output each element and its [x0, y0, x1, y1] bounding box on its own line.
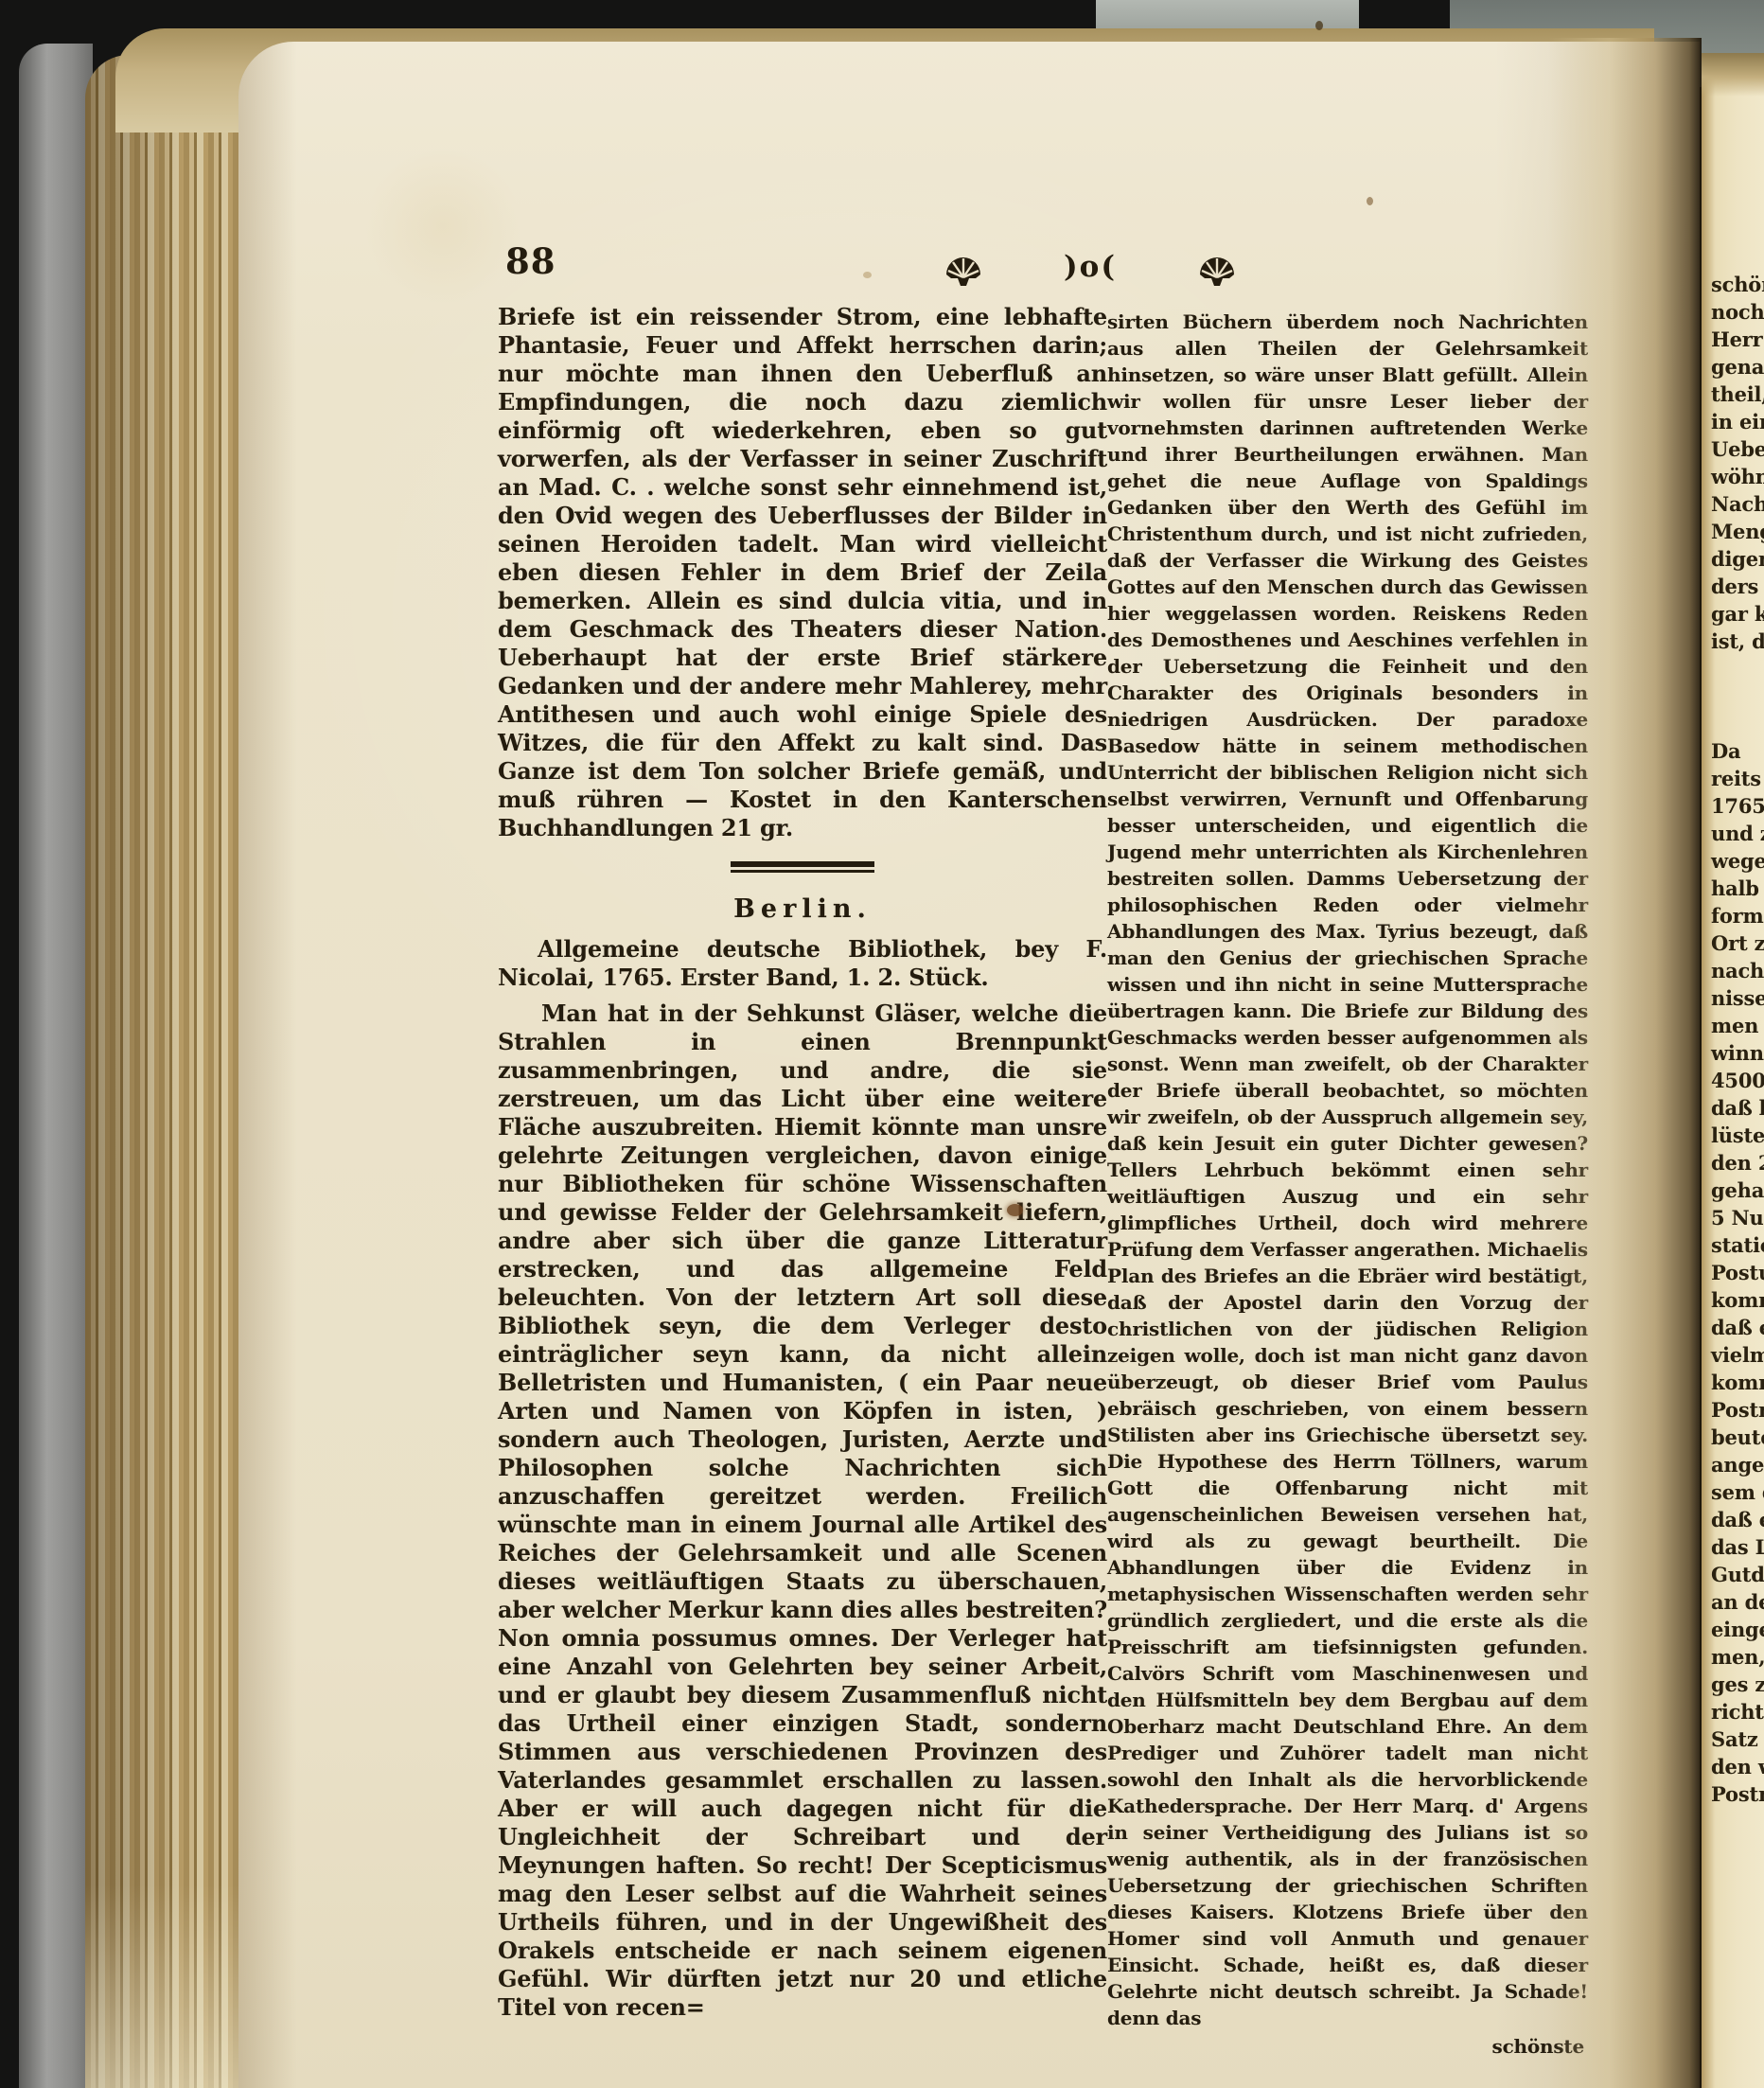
next-page-text-line: wegen: [1711, 847, 1764, 875]
next-page-text-line: [1711, 682, 1764, 710]
next-page-text-line: men,: [1711, 1643, 1764, 1671]
next-page-text-line: reits i: [1711, 765, 1764, 792]
page-number: 88: [505, 240, 556, 282]
next-page-partial-text: schönstenoch nHerrgenanntheil,in einUebe…: [1711, 271, 1764, 1808]
dark-speck: [1315, 21, 1323, 30]
gutter-shadow: [1548, 38, 1702, 2088]
review-paragraph-end: Briefe ist ein reissender Strom, eine le…: [498, 303, 1107, 842]
left-text-column: Briefe ist ein reissender Strom, eine le…: [498, 303, 1107, 2022]
next-page-text-line: schönste: [1711, 271, 1764, 298]
next-page-text-line: nach: [1711, 957, 1764, 984]
book-page: 88 )o(: [238, 42, 1700, 2088]
next-page-text-line: noch n: [1711, 298, 1764, 326]
bibliographic-entry: Allgemeine deutsche Bibliothek, bey F. N…: [498, 935, 1107, 992]
next-page-text-line: komm: [1711, 1369, 1764, 1396]
next-page-text-line: Postm: [1711, 1396, 1764, 1424]
next-page-text-line: gehalt: [1711, 1177, 1764, 1204]
next-page-text-line: digen: [1711, 545, 1764, 573]
next-page-top-edge: [1702, 53, 1764, 97]
next-page-text-line: Da: [1711, 737, 1764, 765]
next-page-text-line: gar ke: [1711, 600, 1764, 628]
catchword: schönste: [1107, 2033, 1588, 2060]
next-page-text-line: Gutd: [1711, 1561, 1764, 1588]
next-page-text-line: vielme: [1711, 1341, 1764, 1369]
next-page-text-line: 1765.: [1711, 792, 1764, 820]
signature-mark: )o(: [1064, 250, 1117, 284]
next-page-text-line: ders L: [1711, 573, 1764, 600]
book-cover-left-edge: [19, 44, 93, 2088]
next-page-text-line: genann: [1711, 353, 1764, 380]
next-page-text-line: 45000: [1711, 1067, 1764, 1094]
next-page-text-line: wöhnl: [1711, 463, 1764, 490]
next-page-text-line: daß be: [1711, 1094, 1764, 1122]
foxing-spot: [863, 272, 872, 278]
book-photo: 88 )o(: [0, 0, 1764, 2088]
review-intro-paragraph: Man hat in der Sehkunst Gläser, welche d…: [498, 1000, 1107, 2022]
next-page-text-line: das L: [1711, 1533, 1764, 1561]
next-page-text-line: Postu: [1711, 1259, 1764, 1286]
next-page-text-line: beutel: [1711, 1424, 1764, 1451]
next-page-text-line: halb: [1711, 875, 1764, 902]
section-heading: Berlin.: [498, 895, 1107, 924]
next-page-text-line: den w: [1711, 1753, 1764, 1780]
shell-ornament-icon: [1196, 252, 1238, 288]
next-page-text-line: Herr: [1711, 326, 1764, 353]
section-divider: [731, 861, 874, 873]
next-page-text-line: den 2: [1711, 1149, 1764, 1177]
next-page-text-line: und z: [1711, 820, 1764, 847]
next-page-text-line: komm: [1711, 1286, 1764, 1314]
shell-ornament-icon: [943, 252, 984, 288]
next-page-text-line: station: [1711, 1231, 1764, 1259]
review-paragraph-continued: sirten Büchern überdem noch Nachrichten …: [1107, 309, 1588, 2031]
next-page-text-line: in ein: [1711, 408, 1764, 435]
next-page-text-line: Satz: [1711, 1725, 1764, 1753]
next-page-text-line: lüsten: [1711, 1122, 1764, 1149]
next-page-text-line: 5 Nu: [1711, 1204, 1764, 1231]
next-page-text-line: einge: [1711, 1616, 1764, 1643]
next-page-text-line: nissen: [1711, 984, 1764, 1012]
next-page-text-line: Postm: [1711, 1780, 1764, 1808]
next-page-text-line: an der: [1711, 1588, 1764, 1616]
next-page-text-line: Nachr: [1711, 490, 1764, 518]
next-page-text-line: ges z: [1711, 1671, 1764, 1698]
next-page-text-line: [1711, 655, 1764, 682]
next-page-text-line: angef: [1711, 1451, 1764, 1478]
next-page-text-line: Uebers: [1711, 435, 1764, 463]
next-page-text-line: [1711, 710, 1764, 737]
next-page-text-line: sem d: [1711, 1478, 1764, 1506]
next-page-text-line: Meng: [1711, 518, 1764, 545]
right-text-column: sirten Büchern überdem noch Nachrichten …: [1107, 309, 1588, 2060]
next-page-text-line: daß e: [1711, 1506, 1764, 1533]
next-page-text-line: men a: [1711, 1012, 1764, 1039]
next-page-text-line: formes: [1711, 902, 1764, 929]
next-page-text-line: theil,: [1711, 380, 1764, 408]
next-page-text-line: ist, da: [1711, 628, 1764, 655]
ink-stain: [1007, 1204, 1023, 1216]
next-page-text-line: daß e: [1711, 1314, 1764, 1341]
next-page-text-line: richte: [1711, 1698, 1764, 1725]
foxing-spot: [1367, 197, 1373, 205]
next-page-text-line: Ort z: [1711, 929, 1764, 957]
next-page-text-line: winns: [1711, 1039, 1764, 1067]
